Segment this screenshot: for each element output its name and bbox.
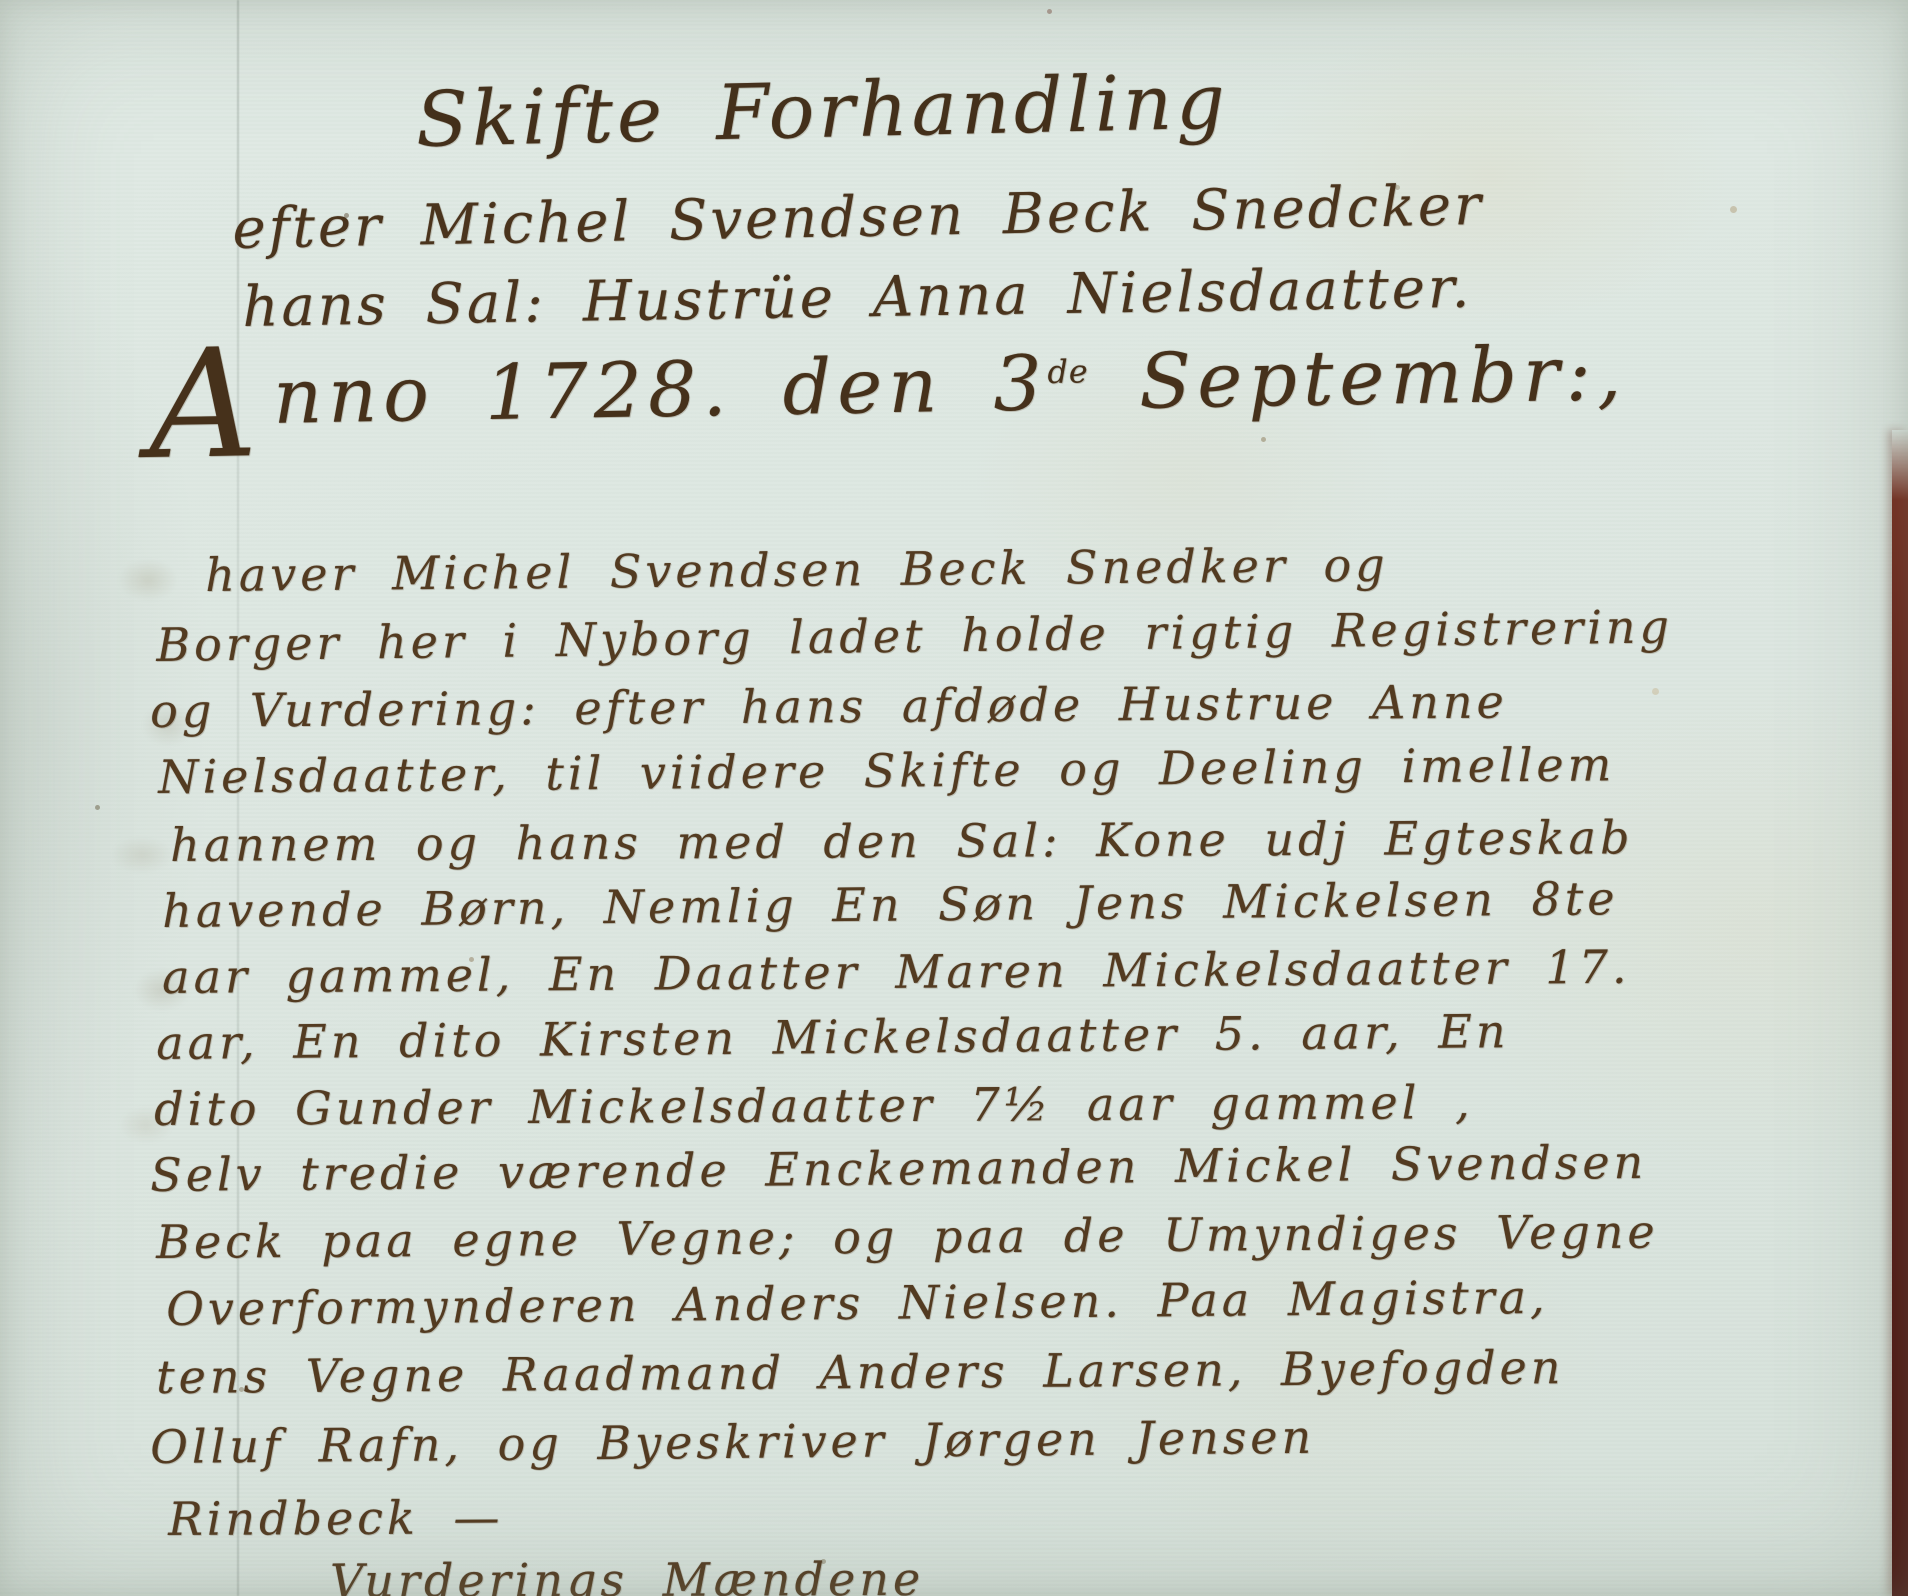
manuscript-line: Borger her i Nyborg ladet holde rigtig R… [156, 603, 1673, 668]
manuscript-line: dito Gunder Mickelsdaatter 7½ aar gammel… [154, 1079, 1474, 1132]
manuscript-page: Skifte Forhandling efter Michel Svendsen… [0, 0, 1908, 1596]
manuscript-line: Overformynderen Anders Nielsen. Paa Magi… [166, 1274, 1549, 1332]
date-line-text: Septembr:, [1088, 328, 1628, 426]
manuscript-line: havende Børn, Nemlig En Søn Jens Mickels… [162, 875, 1619, 934]
manuscript-line: tens Vegne Raadmand Anders Larsen, Byefo… [156, 1344, 1565, 1400]
subtitle-line: hans Sal: Hustrüe Anna Nielsdaatter. [242, 261, 1473, 336]
manuscript-line: Beck paa egne Vegne; og paa de Umyndiges… [156, 1209, 1659, 1265]
title-line: Skifte Forhandling [415, 64, 1229, 158]
manuscript-line: hannem og hans med den Sal: Kone udj Egt… [170, 814, 1634, 868]
date-line-text: nno 1728. den 3 [272, 338, 1048, 441]
subtitle-line: efter Michel Svendsen Beck Snedcker [232, 178, 1484, 258]
manuscript-line: Olluf Rafn, og Byeskriver Jørgen Jensen [150, 1414, 1315, 1470]
manuscript-line: Nielsdaatter, til viidere Skifte og Deel… [158, 741, 1615, 800]
manuscript-line: Vurderings Mændene [330, 1556, 924, 1596]
manuscript-line: Rindbeck — [168, 1494, 504, 1542]
manuscript-line: Selv tredie værende Enckemanden Mickel S… [150, 1139, 1647, 1198]
foxing-specks [0, 0, 3, 3]
ordinal-superscript: de [1047, 352, 1089, 391]
manuscript-line: haver Michel Svendsen Beck Snedker og [205, 542, 1389, 598]
manuscript-line: aar, En dito Kirsten Mickelsdaatter 5. a… [156, 1008, 1510, 1066]
manuscript-line: og Vurdering: efter hans afdøde Hustrue … [150, 679, 1508, 734]
binding-edge [1892, 430, 1908, 1596]
date-line: Anno 1728. den 3de Septembr:, [148, 326, 1628, 460]
manuscript-line: aar gammel, En Daatter Maren Mickelsdaat… [162, 944, 1631, 1000]
flourished-initial: A [147, 317, 264, 493]
